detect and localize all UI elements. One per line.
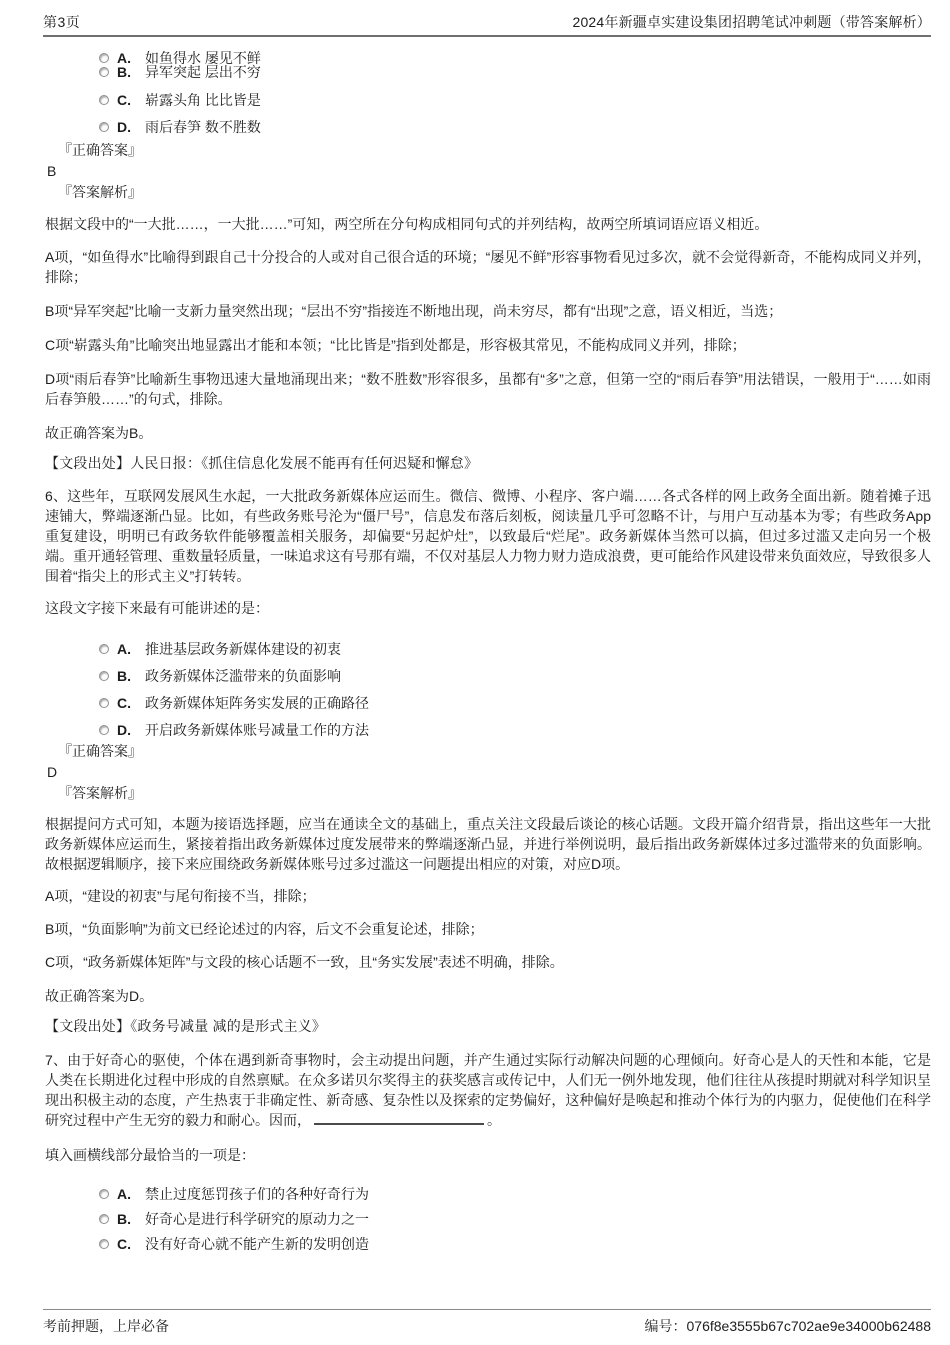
question-6-options: A. 推进基层政务新媒体建设的初衷 B. 政务新媒体泛滥带来的负面影响 C. 政… xyxy=(99,641,931,738)
document-title: 2024年新疆卓实建设集团招聘笔试冲刺题（带答案解析） xyxy=(572,12,931,32)
option-label: 禁止过度惩罚孩子们的各种好奇行为 xyxy=(145,1186,369,1202)
analysis-paragraph: D项“雨后春笋”比喻新生事物迅速大量地涌现出来；“数不胜数”形容很多，虽都有“多… xyxy=(45,369,931,409)
option-label: 没有好奇心就不能产生新的发明创造 xyxy=(145,1236,369,1252)
source-reference: 【文段出处】《政务号减量 减的是形式主义》 xyxy=(45,1016,931,1036)
option-label: 异军突起 层出不穷 xyxy=(145,64,261,80)
option-row: C. 崭露头角 比比皆是 xyxy=(99,92,931,108)
option-letter: A. xyxy=(117,641,145,657)
option-letter: B. xyxy=(117,668,145,684)
option-letter: C. xyxy=(117,695,145,711)
radio-button[interactable] xyxy=(99,644,109,654)
analysis-paragraph: A项，“如鱼得水”比喻得到跟自己十分投合的人或对自己很合适的环境；“屡见不鲜”形… xyxy=(45,247,931,287)
page-header: 第3页 2024年新疆卓实建设集团招聘笔试冲刺题（带答案解析） xyxy=(43,12,931,37)
option-letter: C. xyxy=(117,1236,145,1252)
analysis-paragraph: B项“异军突起”比喻一支新力量突然出现；“层出不穷”指接连不断地出现，尚未穷尽，… xyxy=(45,301,931,321)
radio-button[interactable] xyxy=(99,53,109,63)
option-letter: D. xyxy=(117,119,145,135)
analysis-paragraph: C项，“政务新媒体矩阵”与文段的核心话题不一致，且“务实发展”表述不明确，排除。 xyxy=(45,952,931,972)
footer-slogan: 考前押题，上岸必备 xyxy=(43,1316,169,1336)
document-code: 编号：076f8e3555b67c702ae9e34000b62488 xyxy=(645,1316,931,1336)
page-footer: 考前押题，上岸必备 编号：076f8e3555b67c702ae9e34000b… xyxy=(43,1309,931,1336)
analysis-paragraph: C项“崭露头角”比喻突出地显露出才能和本领；“比比皆是”指到处都是，形容极其常见… xyxy=(45,335,931,355)
question-7-stem: 7、由于好奇心的驱使，个体在遇到新奇事物时，会主动提出问题，并产生通过实际行动解… xyxy=(45,1050,931,1130)
option-label: 开启政务新媒体账号减量工作的方法 xyxy=(145,722,369,738)
analysis-paragraph: 根据提问方式可知，本题为接语选择题，应当在通读全文的基础上，重点关注文段最后谈论… xyxy=(45,814,931,874)
option-row: D. 开启政务新媒体账号减量工作的方法 xyxy=(99,722,931,738)
answer-analysis-label: 『答案解析』 xyxy=(45,785,931,802)
conclusion-text: 故正确答案为B。 xyxy=(45,423,931,443)
radio-button[interactable] xyxy=(99,95,109,105)
radio-button[interactable] xyxy=(99,1189,109,1199)
answer-analysis-label: 『答案解析』 xyxy=(45,184,931,201)
option-label: 好奇心是进行科学研究的原动力之一 xyxy=(145,1211,369,1227)
option-label: 崭露头角 比比皆是 xyxy=(145,92,261,108)
radio-button[interactable] xyxy=(99,1239,109,1249)
correct-answer-label: 『正确答案』 xyxy=(45,142,931,159)
option-letter: C. xyxy=(117,92,145,108)
analysis-paragraph: A项，“建设的初衷”与尾句衔接不当，排除； xyxy=(45,886,931,906)
correct-answer-label: 『正确答案』 xyxy=(45,743,931,760)
option-row: B. 异军突起 层出不穷 xyxy=(99,64,931,80)
option-label: 政务新媒体泛滥带来的负面影响 xyxy=(145,668,341,684)
document-body: A. 如鱼得水 屡见不鲜 B. 异军突起 层出不穷 C. 崭露头角 比比皆是 D… xyxy=(45,44,931,1252)
conclusion-text: 故正确答案为D。 xyxy=(45,986,931,1006)
document-code-value: 076f8e3555b67c702ae9e34000b62488 xyxy=(687,1318,931,1334)
question-6-prompt: 这段文字接下来最有可能讲述的是： xyxy=(45,598,931,618)
option-row: A. 推进基层政务新媒体建设的初衷 xyxy=(99,641,931,657)
radio-button[interactable] xyxy=(99,671,109,681)
option-row: B. 好奇心是进行科学研究的原动力之一 xyxy=(99,1211,931,1227)
option-letter: D. xyxy=(117,722,145,738)
option-letter: A. xyxy=(117,1186,145,1202)
option-letter: B. xyxy=(117,64,145,80)
option-row: D. 雨后春笋 数不胜数 xyxy=(99,119,931,135)
correct-answer-value: B xyxy=(45,163,931,180)
question-top-options: A. 如鱼得水 屡见不鲜 B. 异军突起 层出不穷 C. 崭露头角 比比皆是 D… xyxy=(99,50,931,135)
question-6-stem: 6、这些年，互联网发展风生水起，一大批政务新媒体应运而生。微信、微博、小程序、客… xyxy=(45,486,931,586)
option-letter: B. xyxy=(117,1211,145,1227)
analysis-paragraph: B项，“负面影响”为前文已经论述过的内容，后文不会重复论述，排除； xyxy=(45,919,931,939)
page-number: 第3页 xyxy=(43,12,80,32)
radio-button[interactable] xyxy=(99,67,109,77)
analysis-paragraph: 根据文段中的“一大批……，一大批……”可知，两空所在分句构成相同句式的并列结构，… xyxy=(45,214,931,234)
document-code-label: 编号： xyxy=(645,1318,687,1334)
radio-button[interactable] xyxy=(99,122,109,132)
option-row: B. 政务新媒体泛滥带来的负面影响 xyxy=(99,668,931,684)
option-label: 政务新媒体矩阵务实发展的正确路径 xyxy=(145,695,369,711)
question-7-prompt: 填入画横线部分最恰当的一项是： xyxy=(45,1145,931,1165)
radio-button[interactable] xyxy=(99,725,109,735)
option-row: C. 没有好奇心就不能产生新的发明创造 xyxy=(99,1236,931,1252)
source-reference: 【文段出处】人民日报：《抓住信息化发展不能再有任何迟疑和懈怠》 xyxy=(45,453,931,473)
question-7-stem-suffix: 。 xyxy=(487,1112,501,1128)
radio-button[interactable] xyxy=(99,1214,109,1224)
option-label: 推进基层政务新媒体建设的初衷 xyxy=(145,641,341,657)
document-page: 第3页 2024年新疆卓实建设集团招聘笔试冲刺题（带答案解析） A. 如鱼得水 … xyxy=(0,0,950,1345)
blank-line xyxy=(314,1112,484,1125)
option-row: C. 政务新媒体矩阵务实发展的正确路径 xyxy=(99,695,931,711)
option-row: A. 禁止过度惩罚孩子们的各种好奇行为 xyxy=(99,1186,931,1202)
question-7-options: A. 禁止过度惩罚孩子们的各种好奇行为 B. 好奇心是进行科学研究的原动力之一 … xyxy=(99,1186,931,1252)
correct-answer-value: D xyxy=(45,764,931,781)
radio-button[interactable] xyxy=(99,698,109,708)
option-label: 雨后春笋 数不胜数 xyxy=(145,119,261,135)
